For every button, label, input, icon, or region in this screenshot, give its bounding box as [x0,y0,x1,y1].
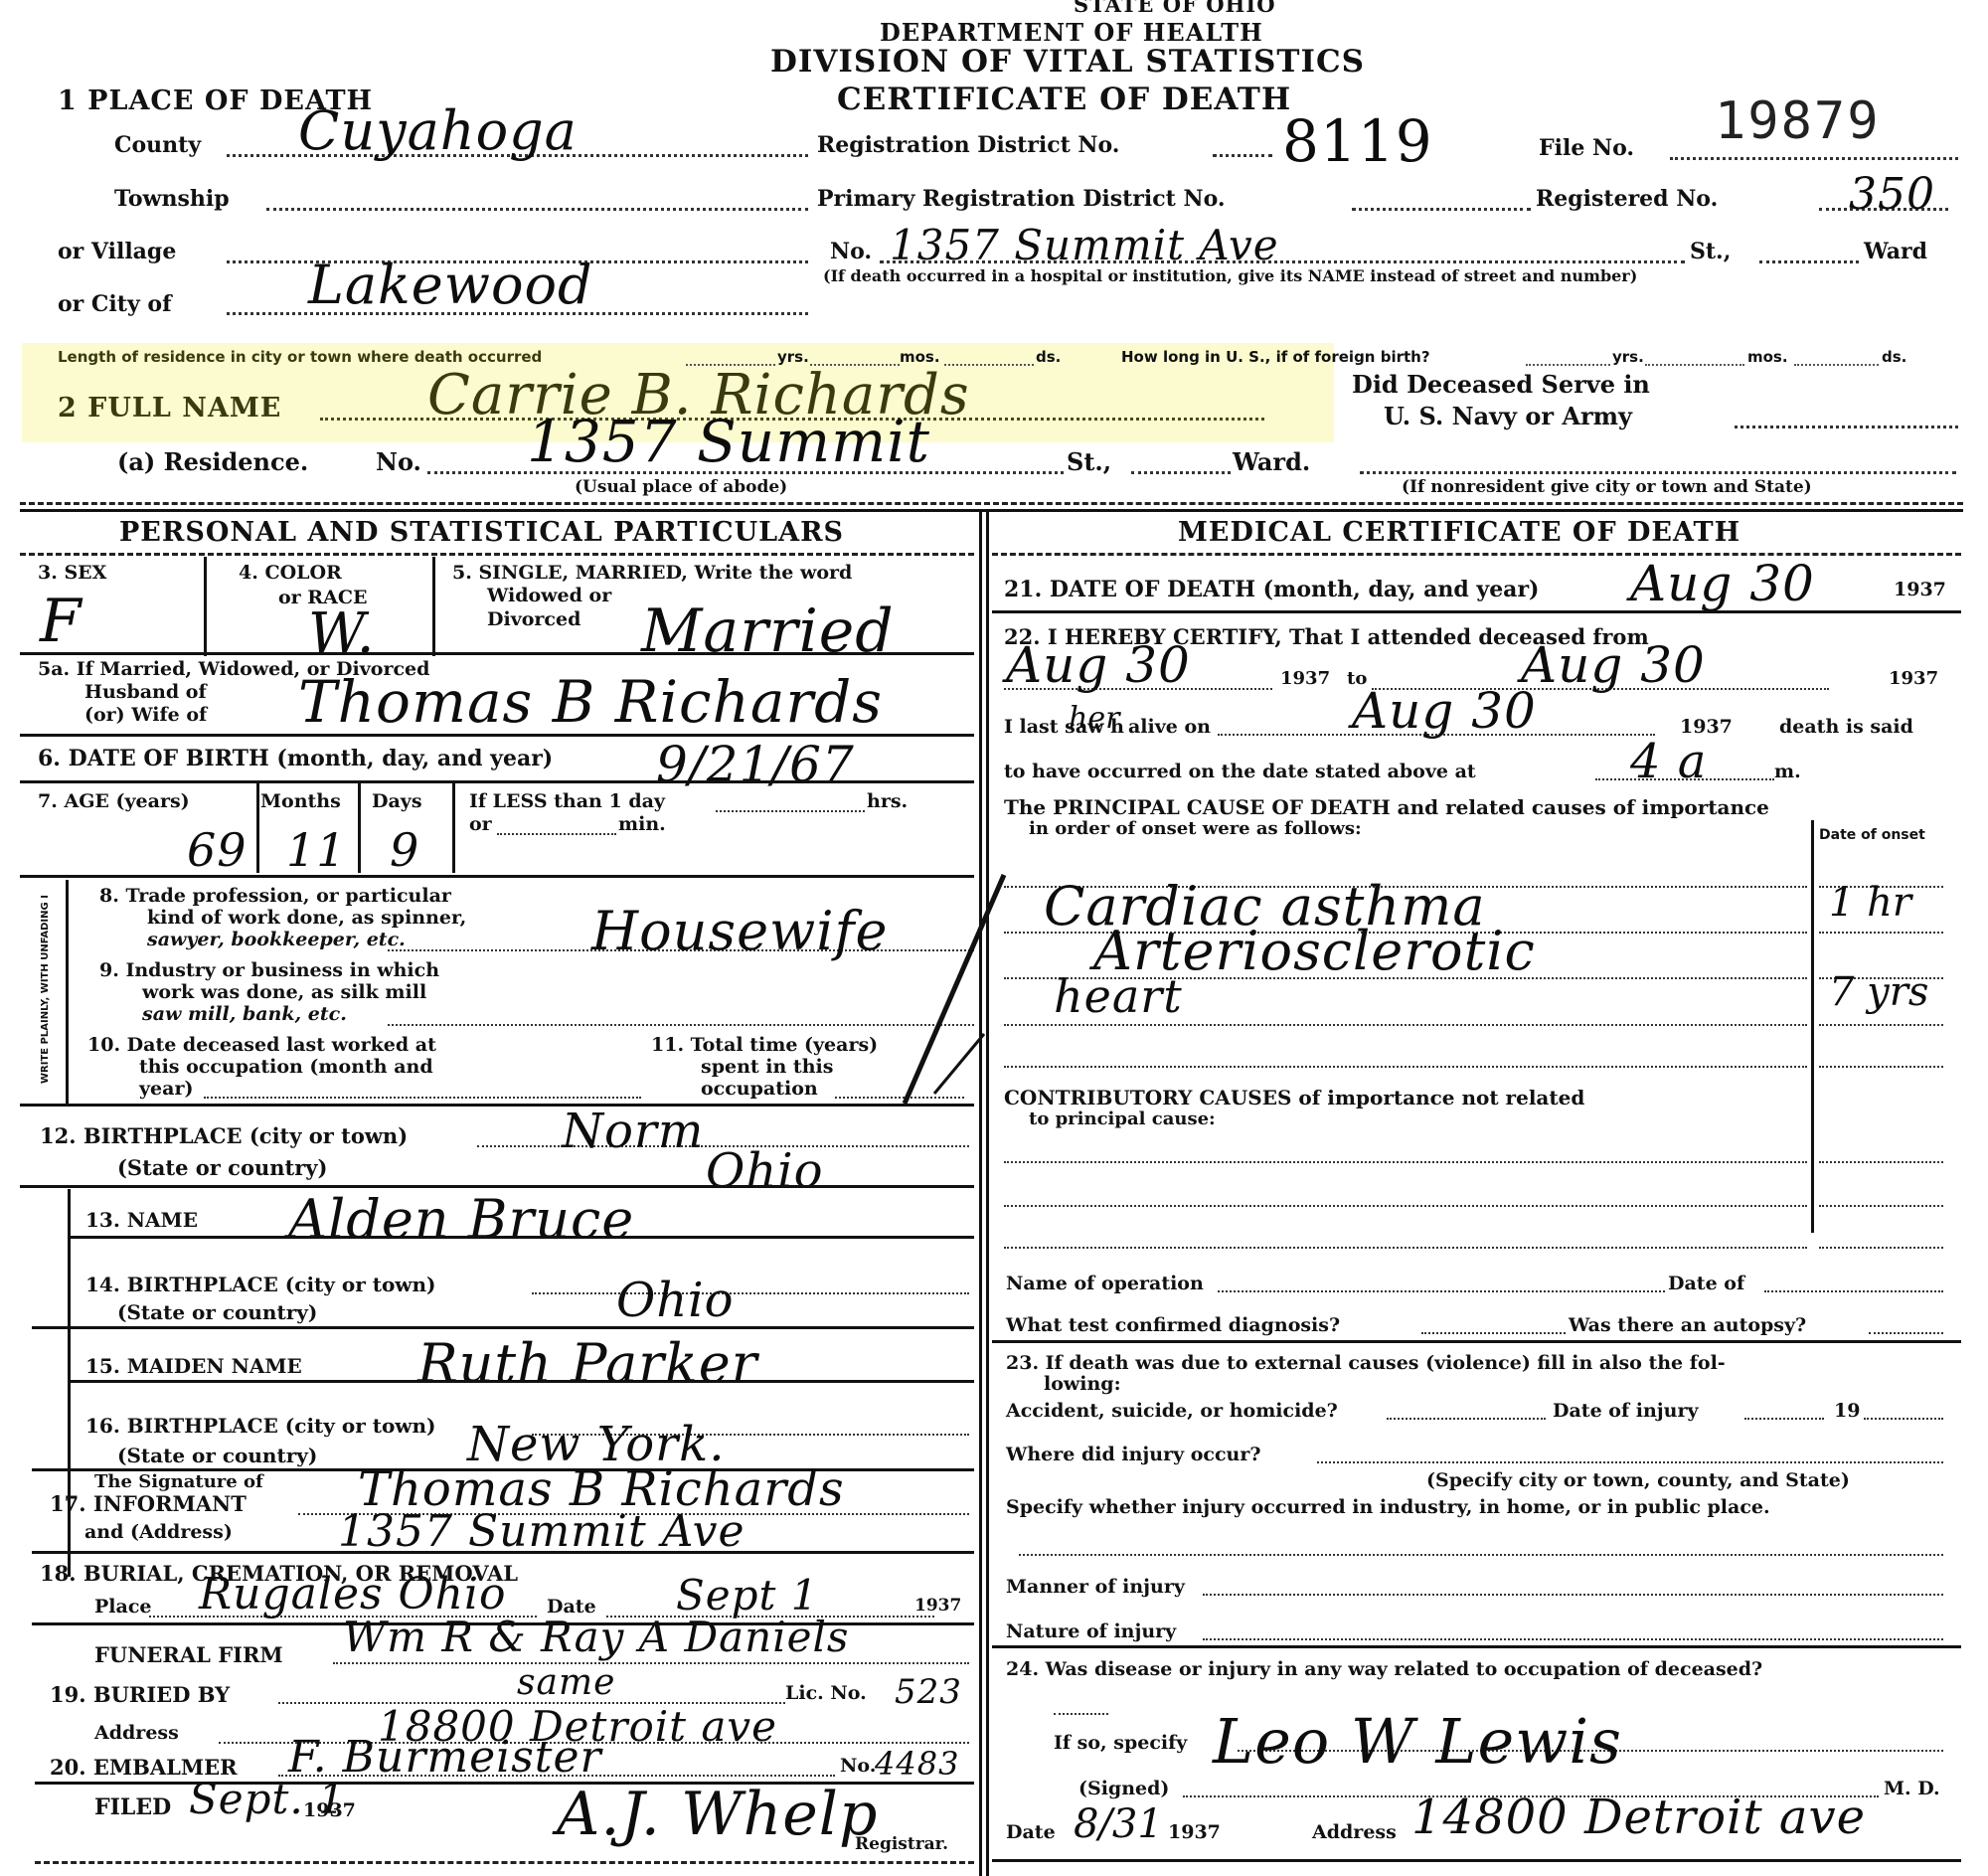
signed-label: (Signed) [1078,1778,1169,1799]
header-department: DEPARTMENT OF HEALTH [880,18,1263,47]
total-time-label-2: spent in this [701,1056,833,1078]
residence-st-label: St., [1067,447,1111,476]
embalmer-no-value: 4483 [875,1745,959,1783]
physician-signature: Leo W Lewis [1213,1705,1622,1778]
informant-address-value: 1357 Summit Ave [338,1506,745,1557]
informant-address-label: and (Address) [84,1521,233,1543]
age-value: 69 [187,823,248,877]
informant-label-2: 17. INFORMANT [50,1491,247,1516]
attended-to-year: 1937 [1889,668,1938,689]
pen-stroke-decoration [895,855,1014,1113]
county-value: Cuyahoga [298,99,578,162]
lic-value: 523 [895,1672,962,1712]
father-birthplace-state-label: (State or country) [117,1300,317,1324]
age-label: 7. AGE (years) [38,790,190,812]
ward-label: Ward [1864,239,1927,264]
spouse-label-3: (or) Wife of [84,704,207,726]
months-label: Months [260,790,341,812]
occurred-label: to have occurred on the date stated abov… [1004,761,1476,782]
trade-label-3: sawyer, bookkeeper, etc. [147,929,406,950]
cause-1-onset: 1 hr [1829,880,1911,926]
registered-no-label: Registered No. [1536,186,1718,212]
autopsy-label: Was there an autopsy? [1569,1314,1806,1336]
registered-no-value: 350 [1849,169,1935,220]
father-birthplace-label: 14. BIRTHPLACE (city or town) [85,1273,436,1296]
st-label: St., [1690,239,1731,264]
less-than-day-label: If LESS than 1 day [469,790,665,812]
physician-date-value: 8/31 [1074,1801,1163,1847]
last-saw-value: her [1069,701,1119,736]
death-said-label: death is said [1779,716,1913,738]
informant-label-1: The Signature of [94,1471,263,1492]
where-label: Where did injury occur? [1006,1444,1261,1465]
dob-value: 9/21/67 [656,736,855,793]
foreign-birth-label: How long in U. S., if of foreign birth? [1121,348,1430,366]
side-margin-text: WRITE PLAINLY, WITH UNFADING INK [40,895,60,1084]
physician-address-label: Address [1312,1821,1397,1843]
father-name-label: 13. NAME [85,1208,198,1232]
external-label-1: 23. If death was due to external causes … [1006,1352,1726,1374]
sex-value: F [40,587,83,656]
mother-birthplace-state-label: (State or country) [117,1444,317,1467]
test-label: What test confirmed diagnosis? [1006,1314,1340,1336]
registrar-label: Registrar. [855,1834,948,1854]
trade-label-2: kind of work done, as spinner, [147,907,466,929]
military-label-2: U. S. Navy or Army [1384,402,1632,430]
residence-value: 1357 Summit [527,408,930,475]
funeral-firm-label: FUNERAL FIRM [94,1642,283,1667]
buried-address-label: Address [94,1722,179,1744]
residence-ds: ds. [1036,348,1061,366]
foreign-yrs: yrs. [1612,348,1644,366]
mother-maiden-label: 15. MAIDEN NAME [85,1354,302,1378]
buried-by-value: same [517,1662,615,1703]
place-label: Place [94,1596,151,1618]
marital-label-3: Divorced [487,608,580,630]
filed-label: FILED [94,1794,171,1820]
or-label: or [469,813,492,835]
trade-label-1: 8. Trade profession, or particular [99,885,451,907]
header-state: STATE OF OHIO [1074,0,1276,17]
alive-on-value: Aug 30 [1352,682,1537,740]
manner-label: Manner of injury [1006,1576,1185,1598]
injury-date-label: Date of injury [1553,1400,1699,1422]
spouse-label-2: Husband of [84,681,207,703]
attended-to-value: Aug 30 [1521,636,1706,694]
sex-label: 3. SEX [38,562,106,584]
residence-no-label: No. [376,447,421,476]
birthplace-city-value: Norm [562,1104,704,1159]
medical-section-title: MEDICAL CERTIFICATE OF DEATH [1178,517,1740,548]
last-worked-label-2: this occupation (month and [139,1056,433,1078]
funeral-firm-value: Wm R & Ray A Daniels [343,1613,849,1661]
attended-from-year: 1937 [1280,668,1330,689]
marital-label-2: Widowed or [487,585,611,606]
foreign-mos: mos. [1747,348,1788,366]
dod-year: 1937 [1894,579,1946,600]
nonresident-note: (If nonresident give city or town and St… [1402,477,1812,497]
hospital-note: (If death occurred in a hospital or inst… [823,266,1637,285]
city-value: Lakewood [308,254,593,316]
reg-district-value: 8119 [1282,107,1433,175]
father-birthplace-value: Ohio [616,1273,735,1328]
total-time-label-3: occupation [701,1078,818,1100]
days-label: Days [372,790,422,812]
filed-year: 1937 [303,1799,356,1821]
injury-year-label: 19 [1834,1400,1860,1422]
onset-header: Date of onset [1819,827,1925,843]
lic-label: Lic. No. [785,1682,867,1704]
residence-label: (a) Residence. [117,447,308,476]
last-worked-label-3: year) [139,1078,193,1100]
registrar-signature: A.J. Whelp [557,1780,878,1849]
residence-ward-label: Ward. [1233,447,1310,476]
father-name-value: Alden Bruce [288,1188,634,1251]
county-label: County [114,132,201,158]
page-title: CERTIFICATE OF DEATH [837,82,1291,117]
usual-abode-note: (Usual place of abode) [575,477,787,497]
physician-date-year: 1937 [1168,1821,1221,1843]
min-label: min. [618,813,666,835]
foreign-ds: ds. [1882,348,1906,366]
marital-value: Married [641,597,895,666]
reg-district-label: Registration District No. [817,132,1119,158]
hrs-label: hrs. [867,790,908,812]
occurred-value: 4 a [1630,734,1707,789]
m-label: m. [1774,761,1801,782]
birthplace-state-label: (State or country) [117,1155,327,1180]
cause-label-2: in order of onset were as follows: [1029,818,1362,839]
marital-label: 5. SINGLE, MARRIED, Write the word [452,562,852,584]
industry-label-3: saw mill, bank, etc. [142,1003,347,1025]
last-worked-label-1: 10. Date deceased last worked at [87,1034,436,1056]
total-time-label-1: 11. Total time (years) [651,1034,878,1056]
attended-from-value: Aug 30 [1006,636,1191,694]
spouse-value: Thomas B Richards [298,668,883,736]
street-value: 1357 Summit Ave [890,221,1279,269]
township-label: Township [114,186,230,212]
mother-birthplace-label: 16. BIRTHPLACE (city or town) [85,1414,436,1438]
contributory-label-2: to principal cause: [1029,1109,1216,1129]
if-so-label: If so, specify [1054,1732,1187,1754]
industry-label-2: work was done, as silk mill [142,981,426,1003]
file-no-value: 19879 [1715,91,1881,151]
city-label: or City of [58,291,172,317]
header-division: DIVISION OF VITAL STATISTICS [770,44,1365,80]
embalmer-no-label: No. [840,1755,876,1777]
birthplace-state-value: Ohio [706,1143,824,1199]
operation-date-label: Date of [1668,1273,1744,1294]
mother-maiden-value: Ruth Parker [417,1332,758,1395]
specify-label: Specify whether injury occurred in indus… [1006,1496,1770,1518]
physician-date-label: Date [1006,1821,1056,1843]
accident-label: Accident, suicide, or homicide? [1006,1400,1338,1422]
cause-label-1: The PRINCIPAL CAUSE OF DEATH and related… [1004,795,1769,819]
external-label-2: lowing: [1044,1373,1121,1395]
days-value: 9 [390,823,419,877]
nature-label: Nature of injury [1006,1620,1176,1642]
buried-by-label: 19. BURIED BY [50,1682,230,1707]
burial-date-year: 1937 [914,1596,961,1616]
cause-3: heart [1054,969,1183,1023]
operation-label: Name of operation [1006,1273,1204,1294]
trade-value: Housewife [591,900,889,962]
physician-address-value: 14800 Detroit ave [1411,1790,1866,1845]
village-label: or Village [58,239,176,264]
color-value: W. [308,601,376,666]
months-value: 11 [286,823,347,877]
street-no-label: No. [830,239,872,264]
color-label: 4. COLOR [239,562,342,584]
birthplace-label: 12. BIRTHPLACE (city or town) [40,1123,408,1148]
primary-district-label: Primary Registration District No. [817,186,1226,212]
dod-label: 21. DATE OF DEATH (month, day, and year) [1004,577,1539,602]
file-no-label: File No. [1539,135,1634,161]
military-label-1: Did Deceased Serve in [1352,370,1650,399]
md-label: M. D. [1884,1778,1940,1799]
dod-value: Aug 30 [1630,555,1815,612]
dob-label: 6. DATE OF BIRTH (month, day, and year) [38,746,553,771]
alive-on-label: alive on [1128,716,1211,738]
contributory-label-1: CONTRIBUTORY CAUSES of importance not re… [1004,1086,1584,1109]
personal-section-title: PERSONAL AND STATISTICAL PARTICULARS [119,517,844,548]
industry-label-1: 9. Industry or business in which [99,959,439,981]
where-note: (Specify city or town, county, and State… [1426,1469,1850,1491]
full-name-label: 2 FULL NAME [58,393,281,424]
occupation-question: 24. Was disease or injury in any way rel… [1006,1658,1762,1680]
cause-3-onset: 7 yrs [1829,969,1928,1015]
